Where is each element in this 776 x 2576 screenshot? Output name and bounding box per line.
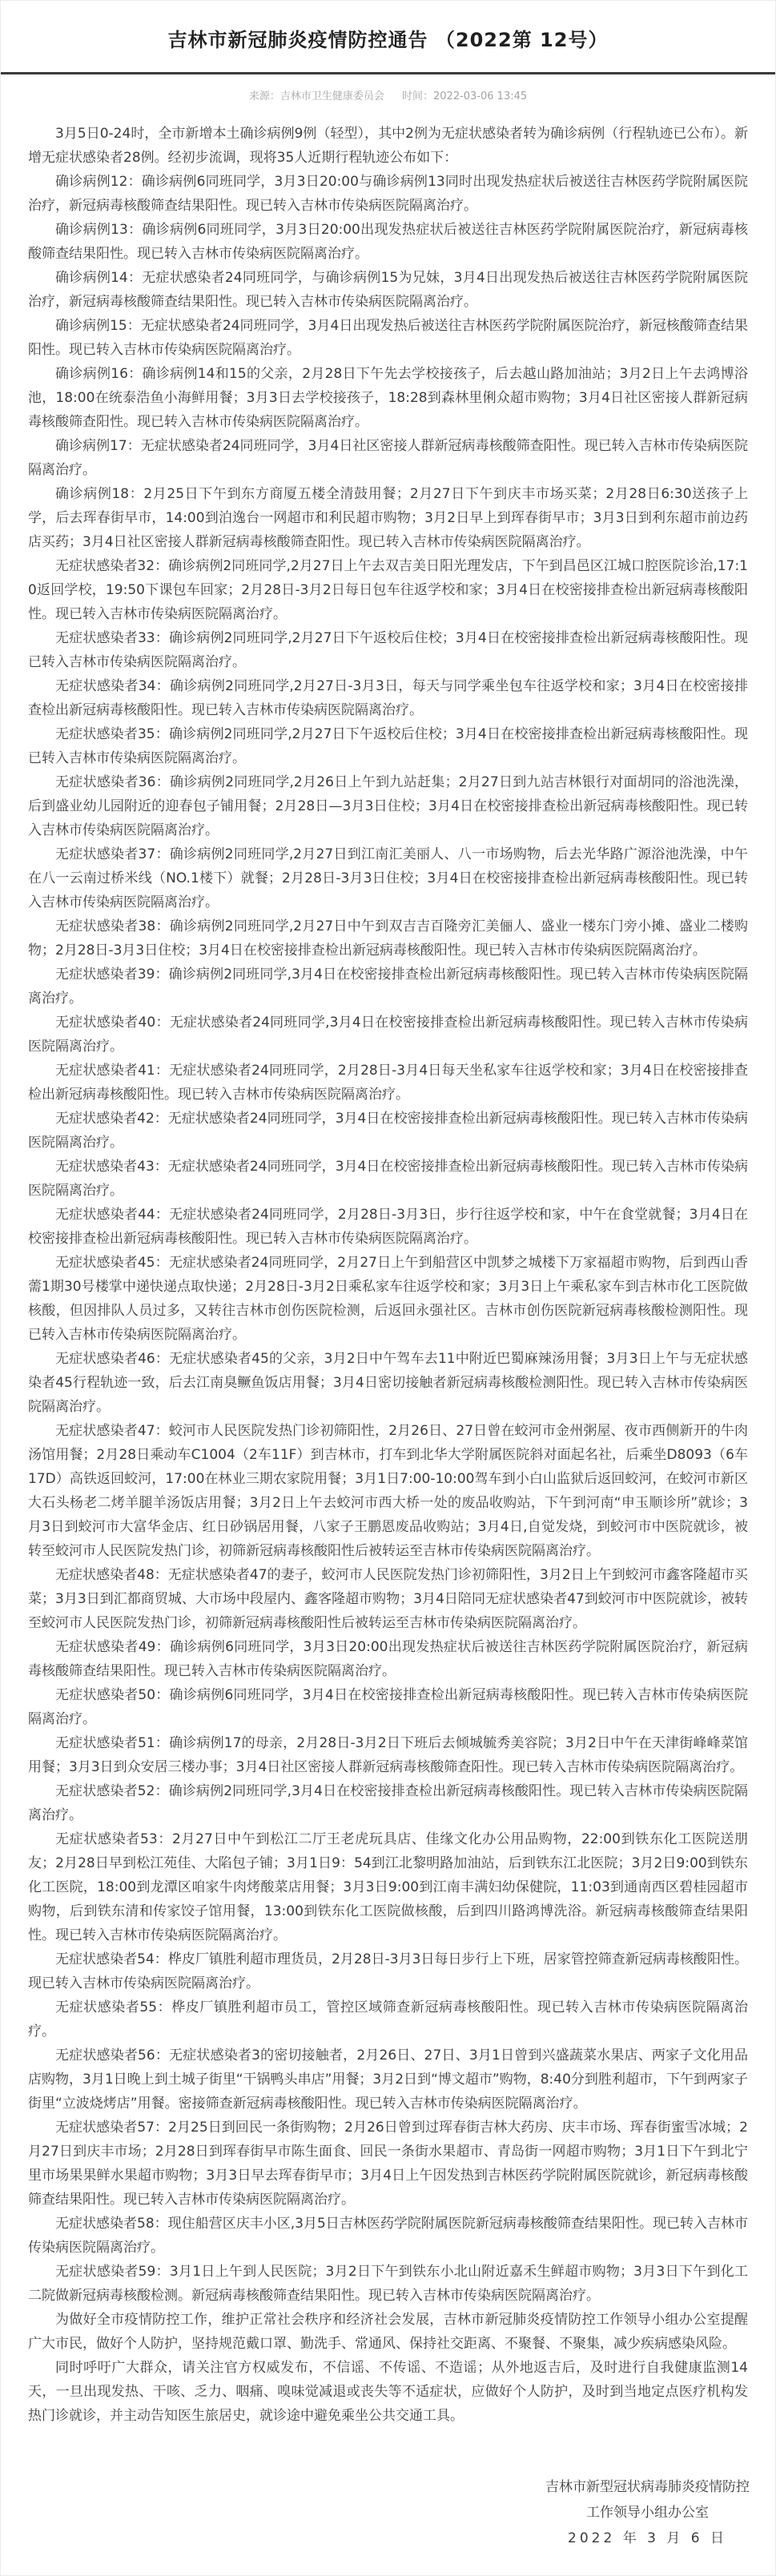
body-paragraph: 无症状感染者53：2月27日中午到松江二厅王老虎玩具店、佳缘文化办公用品购物，2… — [28, 1827, 748, 1947]
body-paragraph: 确诊病例18：2月25日下午到东方商厦五楼全清鼓用餐；2月27日下午到庆丰市场买… — [28, 482, 748, 554]
body-paragraph: 为做好全市疫情防控工作，维护正常社会秩序和经济社会发展，吉林市新冠肺炎疫情防控工… — [28, 2308, 748, 2356]
body-paragraph: 无症状感染者33：确诊病例2同班同学,2月27日下午返校后住校；3月4日在校密接… — [28, 626, 748, 674]
signature-block: 吉林市新型冠状病毒肺炎疫情防控 工作领导小组办公室 2022 年 3 月 6 日 — [545, 2474, 750, 2551]
body-paragraph: 确诊病例14：无症状感染者24同班同学，与确诊病例15为兄妹，3月4日出现发热后… — [28, 266, 748, 314]
body-paragraph: 无症状感染者45：无症状感染者24同班同学，2月27日上午到船营区中凯梦之城楼下… — [28, 1251, 748, 1347]
body-paragraph: 无症状感染者48：无症状感染者47的妻子，蛟河市人民医院发热门诊初筛阳性，3月2… — [28, 1563, 748, 1635]
signature-org-line2: 工作领导小组办公室 — [545, 2500, 750, 2526]
meta-source: 来源：吉林市卫生健康委员会 — [249, 87, 384, 102]
body-paragraph: 确诊病例15：无症状感染者24同班同学，3月4日出现发热后被送往吉林医药学院附属… — [28, 314, 748, 362]
body-paragraph: 无症状感染者59：3月1日上午到人民医院；3月2日下午到铁东小北山附近嘉禾生鲜超… — [28, 2260, 748, 2308]
body-paragraph: 无症状感染者52：确诊病例2同班同学,3月4日在校密接排查检出新冠病毒核酸阳性。… — [28, 1779, 748, 1827]
body-paragraph: 无症状感染者47：蛟河市人民医院发热门诊初筛阳性，2月26日、27日曾在蛟河市金… — [28, 1419, 748, 1563]
body-paragraph: 无症状感染者34：确诊病例2同班同学,2月27日-3月3日，每天与同学乘坐包车往… — [28, 674, 748, 722]
body-paragraph: 无症状感染者42：无症状感染者24同班同学，3月4日在校密接排查检出新冠病毒核酸… — [28, 1107, 748, 1155]
body-paragraph: 无症状感染者58：现住船营区庆丰小区,3月5日吉林医药学院附属医院新冠病毒核酸筛… — [28, 2212, 748, 2260]
body-paragraph: 无症状感染者55：桦皮厂镇胜利超市员工，管控区域筛查新冠病毒核酸阳性。现已转入吉… — [28, 1995, 748, 2044]
body-paragraph: 3月5日0-24时，全市新增本土确诊病例9例（轻型），其中2例为无症状感染者转为… — [28, 122, 748, 170]
body-paragraph: 无症状感染者38：确诊病例2同班同学,2月27日中午到双吉吉百隆旁汇美俪人、盛业… — [28, 914, 748, 962]
page-header: 吉林市新冠肺炎疫情防控通告 （2022第 12号） — [1, 1, 775, 72]
body-paragraph: 无症状感染者43：无症状感染者24同班同学，3月4日在校密接排查检出新冠病毒核酸… — [28, 1155, 748, 1203]
body-paragraph: 无症状感染者32：确诊病例2同班同学,2月27日上午去双吉美日阳光理发店，下午到… — [28, 554, 748, 626]
body-paragraph: 无症状感染者50：确诊病例6同班同学，3月4日在校密接排查检出新冠病毒核酸阳性。… — [28, 1683, 748, 1731]
notice-page: 吉林市新冠肺炎疫情防控通告 （2022第 12号） 来源：吉林市卫生健康委员会 … — [0, 0, 776, 2576]
article-body: 3月5日0-24时，全市新增本土确诊病例9例（轻型），其中2例为无症状感染者转为… — [1, 111, 775, 2428]
article-meta: 来源：吉林市卫生健康委员会 时间：2022-03-06 13:45 — [1, 74, 775, 111]
body-paragraph: 无症状感染者41：无症状感染者24同班同学，2月28日-3月4日每天坐私家车往返… — [28, 1059, 748, 1107]
page-title: 吉林市新冠肺炎疫情防控通告 （2022第 12号） — [33, 28, 743, 53]
body-paragraph: 无症状感染者56：无症状感染者3的密切接触者，2月26日、27日、3月1日曾到兴… — [28, 2044, 748, 2116]
document-footer: 吉林市新型冠状病毒肺炎疫情防控 工作领导小组办公室 2022 年 3 月 6 日 — [1, 2474, 775, 2551]
body-paragraph: 无症状感染者51：确诊病例17的母亲，2月28日-3月2日下班后去倾城毓秀美容院… — [28, 1731, 748, 1779]
body-paragraph: 无症状感染者46：无症状感染者45的父亲，3月2日中午驾车去11中附近巴蜀麻辣汤… — [28, 1347, 748, 1419]
body-paragraph: 确诊病例12：确诊病例6同班同学，3月3日20:00与确诊病例13同时出现发热症… — [28, 170, 748, 218]
body-paragraph: 无症状感染者44：无症状感染者24同班同学，2月28日-3月3日，步行往返学校和… — [28, 1203, 748, 1251]
signature-date: 2022 年 3 月 6 日 — [545, 2526, 750, 2551]
signature-org-line1: 吉林市新型冠状病毒肺炎疫情防控 — [545, 2474, 750, 2500]
body-paragraph: 无症状感染者37：确诊病例2同班同学,2月27日到江南汇美丽人、八一市场购物，后… — [28, 842, 748, 914]
body-paragraph: 无症状感染者35：确诊病例2同班同学,2月27日下午返校后住校；3月4日在校密接… — [28, 722, 748, 770]
meta-time: 时间：2022-03-06 13:45 — [402, 87, 527, 102]
body-paragraph: 无症状感染者36：确诊病例2同班同学,2月26日上午到九站赶集；2月27日到九站… — [28, 770, 748, 842]
body-paragraph: 无症状感染者40：无症状感染者24同班同学,3月4日在校密接排查检出新冠病毒核酸… — [28, 1011, 748, 1059]
body-paragraph: 确诊病例13：确诊病例6同班同学，3月3日20:00出现发热症状后被送往吉林医药… — [28, 218, 748, 266]
body-paragraph: 无症状感染者57：2月25日到回民一条街购物；2月26日曾到过珲春街吉林大药房、… — [28, 2116, 748, 2212]
body-paragraph: 无症状感染者49：确诊病例6同班同学，3月3日20:00出现发热症状后被送往吉林… — [28, 1635, 748, 1683]
body-paragraph: 无症状感染者54：桦皮厂镇胜利超市理货员，2月28日-3月3日每日步行上下班，居… — [28, 1947, 748, 1995]
body-paragraph: 确诊病例17：无症状感染者24同班同学，3月4日社区密接人群新冠病毒核酸筛查阳性… — [28, 434, 748, 482]
body-paragraph: 同时呼吁广大群众，请关注官方权威发布，不信谣、不传谣、不造谣；从外地返吉后，及时… — [28, 2356, 748, 2428]
body-paragraph: 确诊病例16：确诊病例14和15的父亲，2月28日下午先去学校接孩子，后去越山路… — [28, 362, 748, 434]
body-paragraph: 无症状感染者39：确诊病例2同班同学,3月4日在校密接排查检出新冠病毒核酸阳性。… — [28, 962, 748, 1011]
